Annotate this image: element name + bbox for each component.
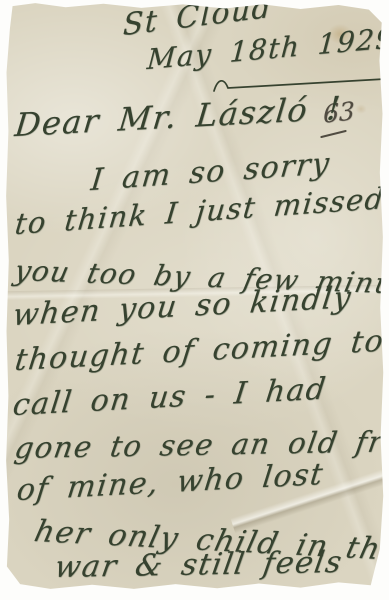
letter-line-6: call on us - I had [11, 371, 329, 423]
letter-line-10: war & still feels [52, 545, 345, 585]
salutation: Dear Mr. László ! [13, 89, 343, 144]
letter-line-8: of mine, who lost [15, 457, 326, 508]
letter-line-5: thought of coming to [13, 324, 386, 379]
letter-line-7: gone to see an old friend [12, 423, 389, 465]
catalog-number-underline [320, 130, 347, 138]
letter-paper: St Cloud May 18th 1929. 63 Dear Mr. Lász… [5, 2, 384, 590]
paper-stain-small [353, 102, 369, 116]
scan-background: St Cloud May 18th 1929. 63 Dear Mr. Lász… [0, 0, 389, 600]
